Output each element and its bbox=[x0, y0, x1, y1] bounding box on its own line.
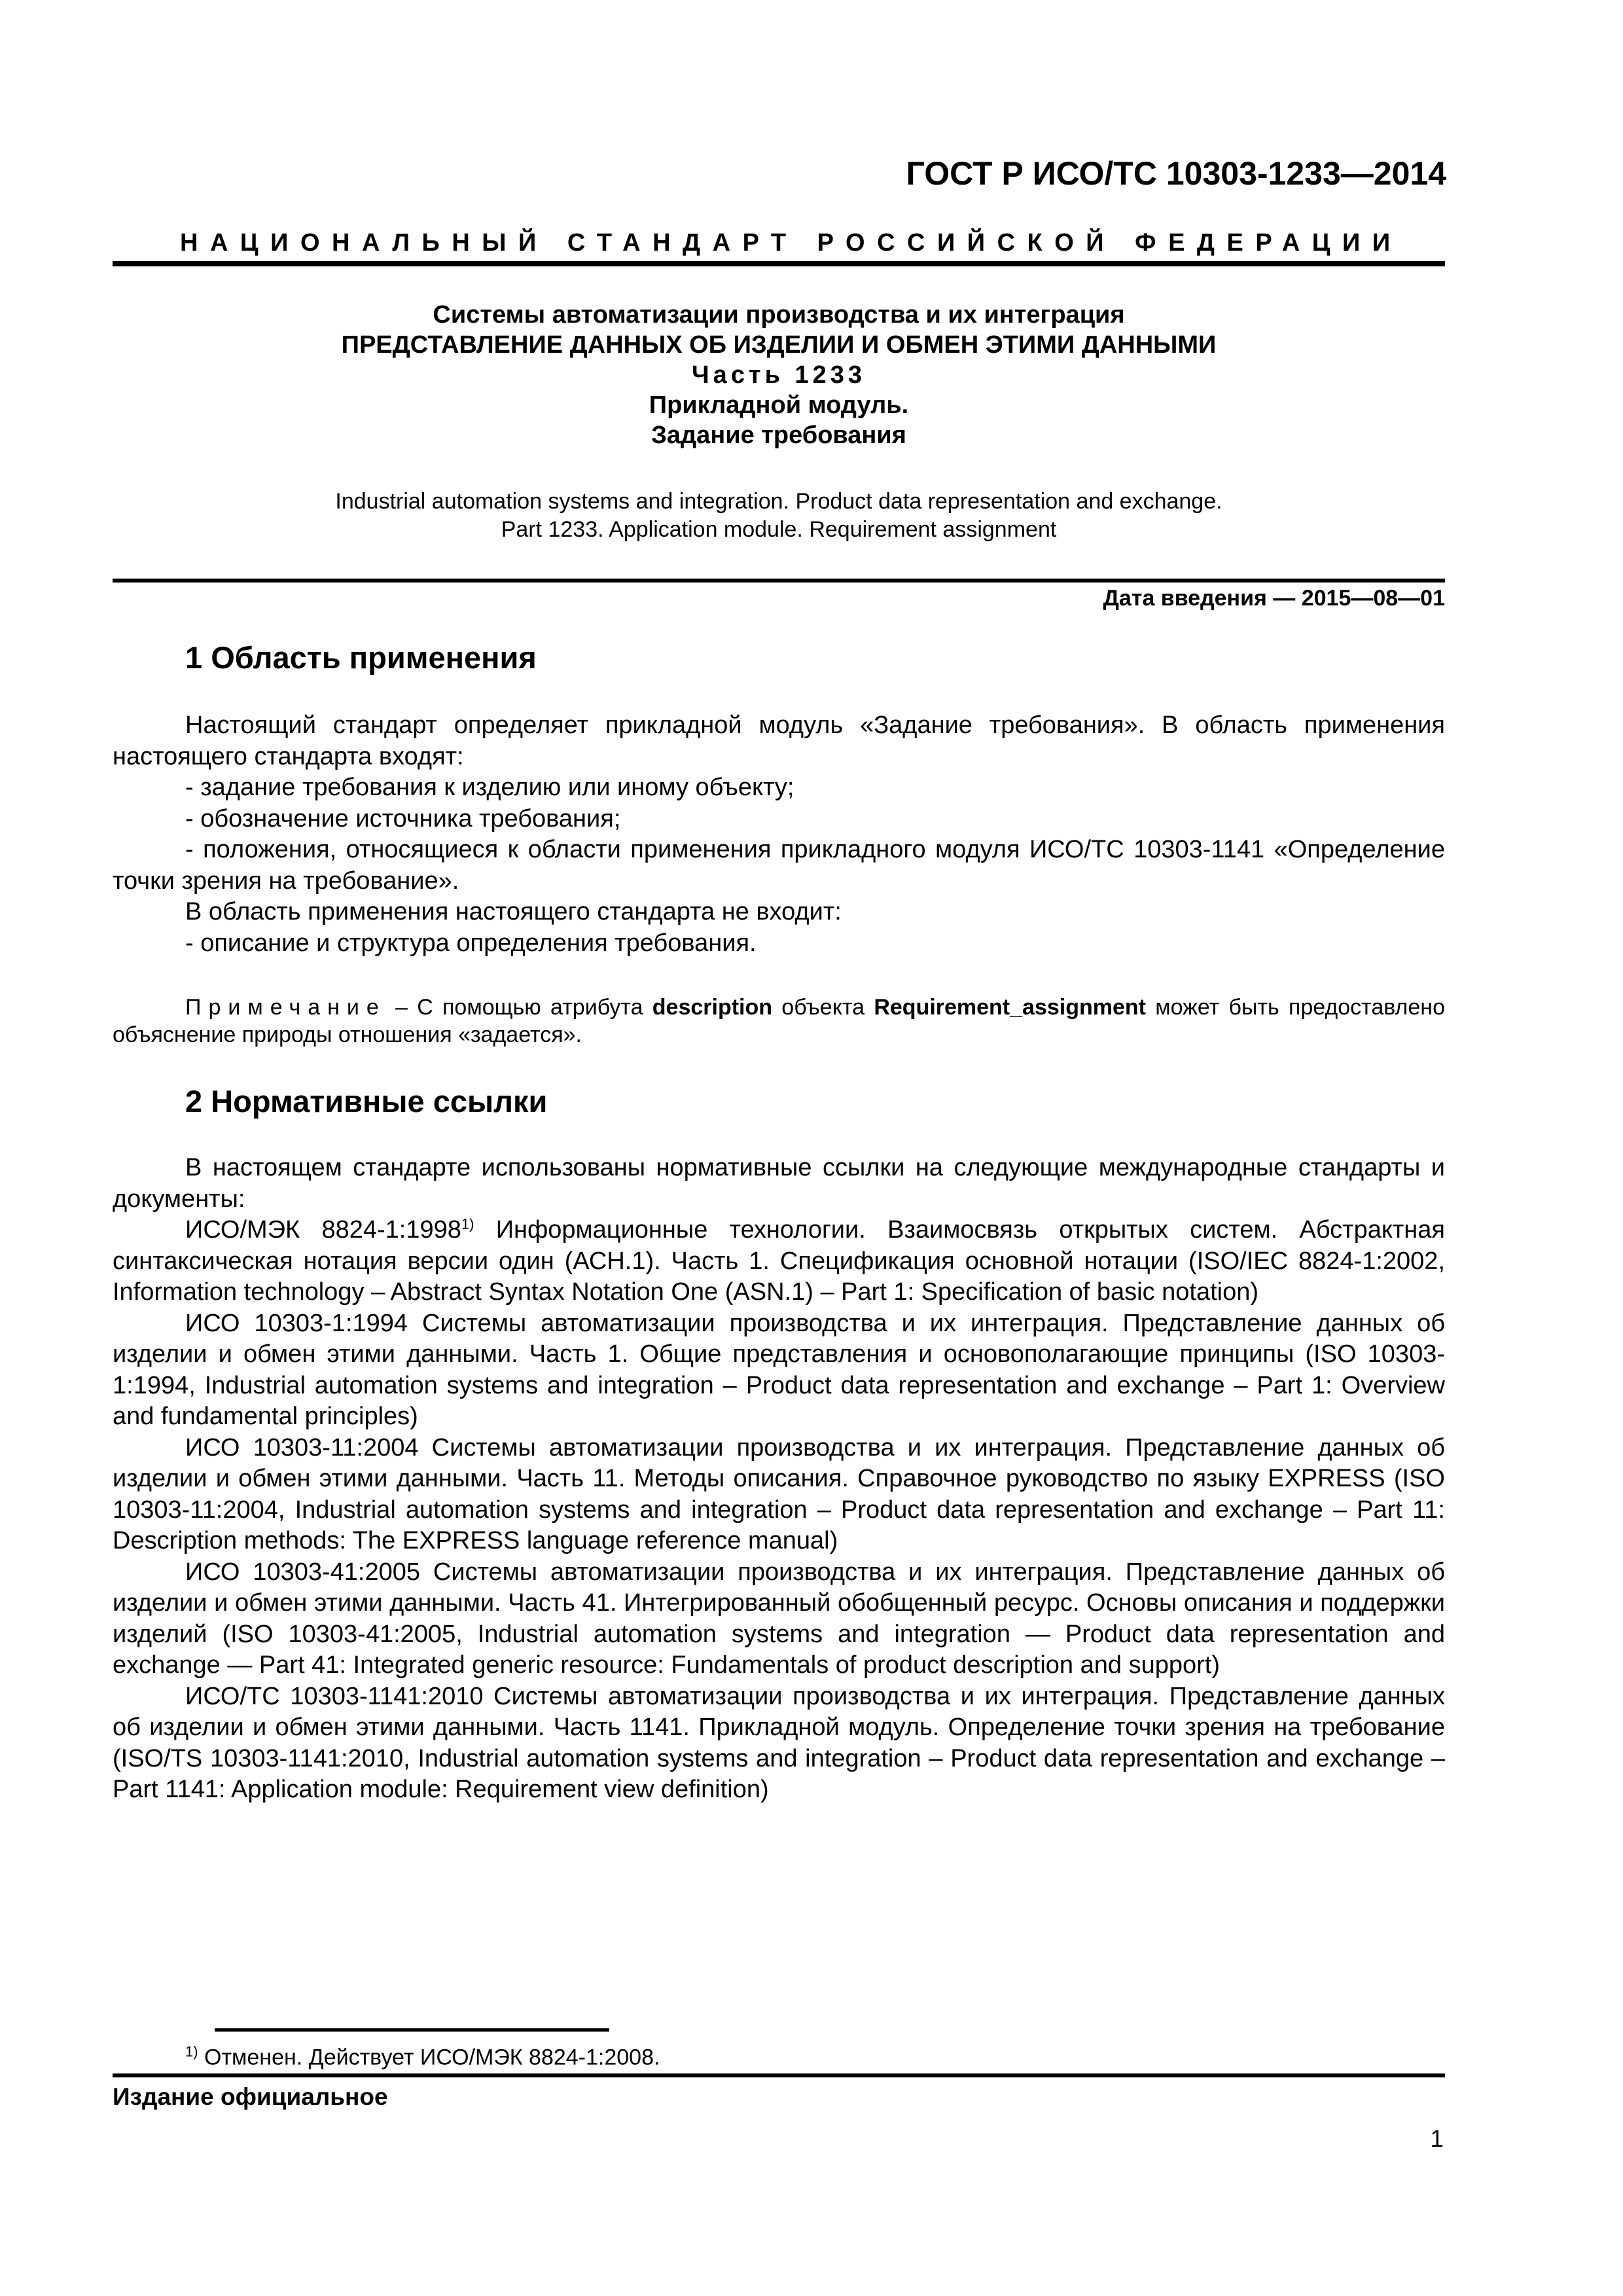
scope-intro: Настоящий стандарт определяет прикладной… bbox=[113, 710, 1445, 772]
footnote-text: Отменен. Действует ИСО/МЭК 8824-1:2008. bbox=[198, 2045, 660, 2070]
note-entity-name: Requirement_assignment bbox=[874, 995, 1146, 1020]
official-edition-label: Издание официальное bbox=[113, 2083, 388, 2111]
footnote-mark: 1) bbox=[185, 2043, 198, 2060]
reference-code: ИСО/ТС 10303-1141:2010 bbox=[185, 1683, 483, 1710]
english-title-line-2: Part 1233. Application module. Requireme… bbox=[113, 516, 1445, 544]
title-divider bbox=[113, 579, 1445, 583]
title-line-4: Прикладной модуль. bbox=[113, 390, 1445, 420]
section-1-body: Настоящий стандарт определяет прикладной… bbox=[113, 710, 1445, 959]
scope-included-item: - задание требования к изделию или иному… bbox=[113, 772, 1445, 804]
scope-excluded-item: - описание и структура определения требо… bbox=[113, 928, 1445, 960]
scope-excluded-intro: В область применения настоящего стандарт… bbox=[113, 897, 1445, 928]
scope-included-item: - обозначение источника требования; bbox=[113, 804, 1445, 835]
note-text: объекта bbox=[772, 995, 874, 1020]
title-line-1: Системы автоматизации производства и их … bbox=[113, 300, 1445, 330]
reference-code: ИСО 10303-11:2004 bbox=[185, 1434, 419, 1462]
reference-code: ИСО 10303-1:1994 bbox=[185, 1310, 408, 1337]
reference-item: ИСО 10303-11:2004 Системы автоматизации … bbox=[113, 1433, 1445, 1557]
reference-code: ИСО/МЭК 8824-1:1998 bbox=[185, 1216, 461, 1244]
note-text: – С помощью атрибута bbox=[386, 995, 652, 1020]
footnote-marker[interactable]: 1) bbox=[461, 1215, 474, 1232]
reference-item: ИСО 10303-1:1994 Системы автоматизации п… bbox=[113, 1308, 1445, 1433]
section-2-heading: 2 Нормативные ссылки bbox=[185, 1083, 547, 1119]
note-attribute-name: description bbox=[652, 995, 772, 1020]
note-label: Примечание bbox=[185, 995, 386, 1020]
reference-item: ИСО 10303-41:2005 Системы автоматизации … bbox=[113, 1557, 1445, 1681]
header-divider bbox=[113, 261, 1445, 266]
english-title-line-1: Industrial automation systems and integr… bbox=[113, 488, 1445, 516]
title-line-2: ПРЕДСТАВЛЕНИЕ ДАННЫХ ОБ ИЗДЕЛИИ И ОБМЕН … bbox=[113, 330, 1445, 360]
reference-item: ИСО/ТС 10303-1141:2010 Системы автоматиз… bbox=[113, 1681, 1445, 1806]
scope-included-item: - положения, относящиеся к области приме… bbox=[113, 834, 1445, 897]
section-2-body: В настоящем стандарте использованы норма… bbox=[113, 1153, 1445, 1806]
footer-divider bbox=[113, 2073, 1445, 2077]
scope-note: Примечание – С помощью атрибута descript… bbox=[113, 994, 1445, 1049]
references-intro: В настоящем стандарте использованы норма… bbox=[113, 1153, 1445, 1215]
english-title: Industrial automation systems and integr… bbox=[113, 488, 1445, 544]
standard-code: ГОСТ Р ИСО/ТС 10303-1233—2014 bbox=[906, 154, 1446, 192]
reference-item: ИСО/МЭК 8824-1:19981) Информационные тех… bbox=[113, 1215, 1445, 1308]
introduction-date: Дата введения — 2015—08—01 bbox=[1103, 586, 1445, 611]
section-1-heading: 1 Область применения bbox=[185, 639, 537, 675]
footnote: 1) Отменен. Действует ИСО/МЭК 8824-1:200… bbox=[185, 2043, 660, 2070]
title-part-number: Часть 1233 bbox=[113, 360, 1445, 390]
national-standard-banner: НАЦИОНАЛЬНЫЙ СТАНДАРТ РОССИЙСКОЙ ФЕДЕРАЦ… bbox=[180, 229, 1402, 257]
reference-code: ИСО 10303-41:2005 bbox=[185, 1558, 420, 1586]
title-line-5: Задание требования bbox=[113, 420, 1445, 450]
footnote-separator bbox=[215, 2028, 609, 2032]
document-title: Системы автоматизации производства и их … bbox=[113, 300, 1445, 450]
page-number: 1 bbox=[1430, 2125, 1444, 2153]
